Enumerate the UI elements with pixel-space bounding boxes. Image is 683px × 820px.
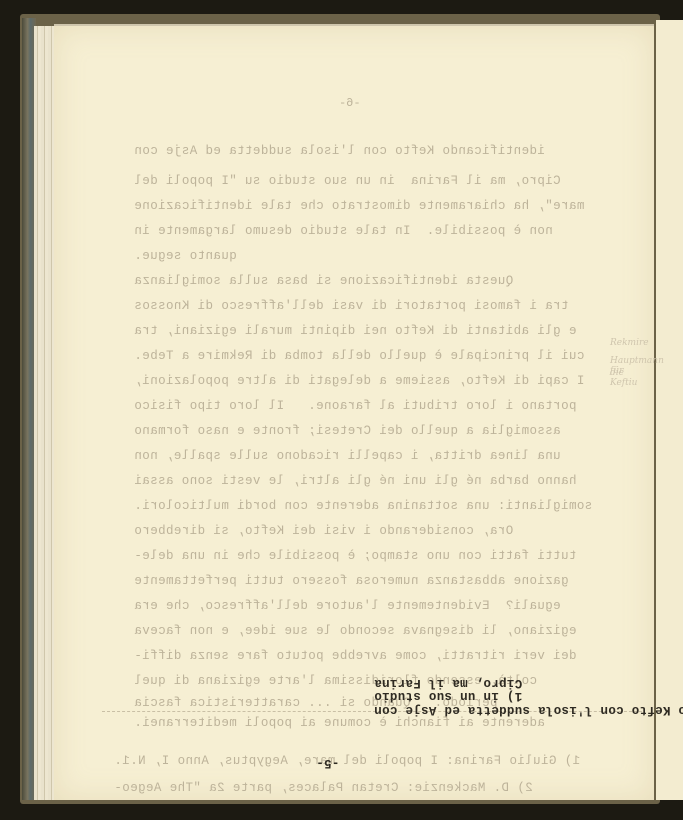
ghost-line: hanno barba né gli uni né gli altri, le … [134,474,576,488]
ghost-line: cui il principale è quello della tomba d… [134,349,584,363]
document-page: -6- identificando Kefto con l'isola sudd… [54,26,654,800]
facing-page-edge [655,20,683,800]
ghost-line: eguali? Evidentemente l'autore dell'affr… [134,599,561,613]
ghost-line: tra i famosi portatori di vasi dell'affr… [134,299,569,313]
ghost-line: gazione abbastanza numerosa fossero tutt… [134,574,569,588]
ghost-page-number: -6- [339,96,361,110]
ghost-line: mare", ha chiaramente dimostrato che tal… [134,199,584,213]
margin-note: Rekmire [610,338,649,348]
ghost-line: non è possibile. In tale studio desumo l… [134,224,553,238]
crisp-page-number: -5- [316,756,339,770]
page-edges [34,26,56,800]
ghost-line: tutti fatti con uno stampo; è possibile … [134,549,576,563]
ghost-line: Questa identificazione si basa sulla som… [134,274,545,288]
ghost-line: una linea dritta, i capelli ricadono sul… [134,449,561,463]
crisp-line: 1) in un suo studio [374,689,663,703]
crisp-line: Cipro, ma il Farina [374,676,522,690]
ghost-line: egiziano, li disegnava secondo le sue id… [134,624,576,638]
ghost-line: identificando Kefto con l'isola suddetta… [134,144,545,158]
ghost-line: aderente ai fianchi è comune ai popoli m… [134,716,545,730]
ghost-footnote: 1) Giulio Farina: I popoli del mare, Aeg… [114,754,580,768]
ghost-line: assomiglia a quello dei Cretesi; fronte … [134,424,561,438]
ghost-footnote: 2) D. Mackenzie: Cretan Palaces, parte 2… [114,781,533,795]
ghost-line: I capi di Kefto, assieme a delegati di a… [134,374,584,388]
crisp-line: identificando Kefto con l'isola suddetta… [374,703,683,717]
ghost-line: e gli abitanti di Kefto nei dipinti mura… [134,324,576,338]
ghost-line: Ora, considerando i visi dei Kefto, si d… [134,524,545,538]
ghost-line: quanto segue. [134,249,237,263]
margin-note: die Keftiu [610,368,654,388]
ghost-line: Cipro, ma il Farina in un suo studio su … [134,174,561,188]
bleed-through-layer: -6- identificando Kefto con l'isola sudd… [54,26,654,800]
ghost-line: somiglianti: una sottanina aderente con … [134,499,592,513]
ghost-line: portano i loro tributi al faraone. Il lo… [134,399,576,413]
ghost-line: dei veri ritratti, come avrebbe potuto f… [134,649,576,663]
